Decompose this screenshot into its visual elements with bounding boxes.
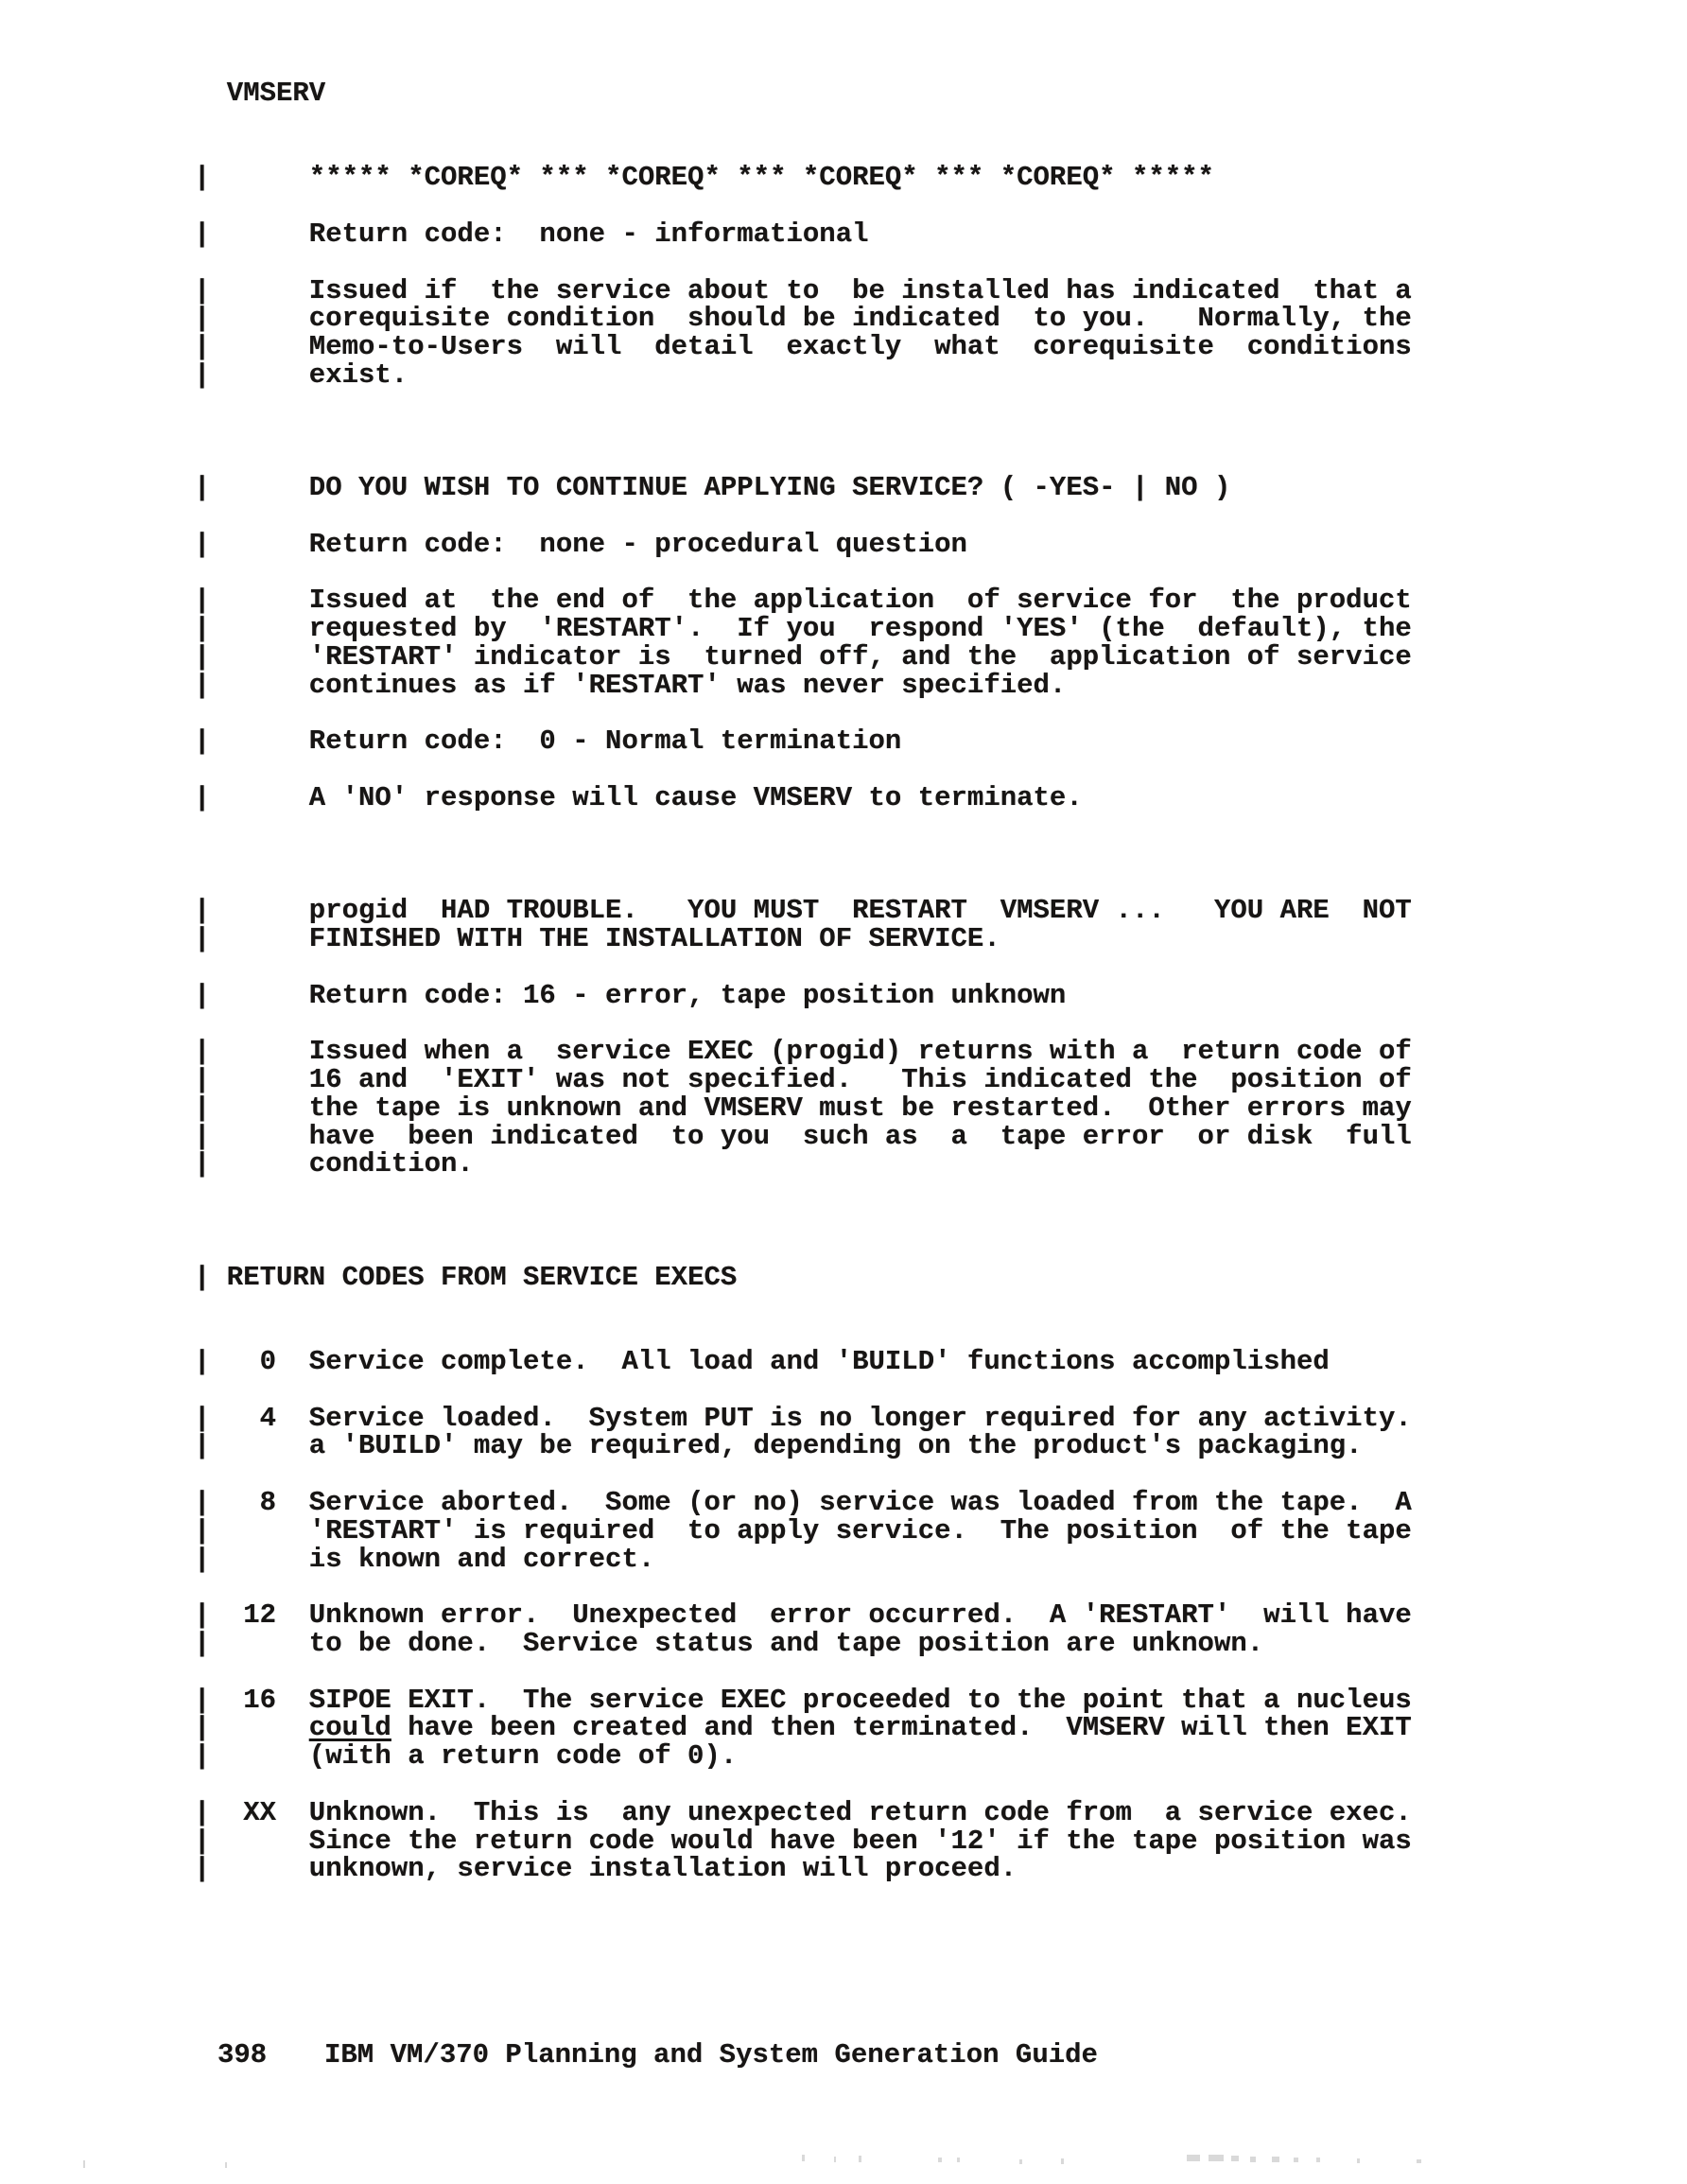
change-bar: | <box>194 1264 210 1292</box>
change-bar: | <box>194 277 210 306</box>
line-text: 4 Service loaded. System PUT is no longe… <box>260 1405 1412 1433</box>
change-bar: | <box>194 333 210 361</box>
change-bar: | <box>194 1799 210 1827</box>
change-bar: | <box>194 1630 210 1658</box>
line-text: requested by 'RESTART'. If you respond '… <box>309 615 1412 643</box>
line-text: RETURN CODES FROM SERVICE EXECS <box>227 1264 738 1292</box>
line-text: DO YOU WISH TO CONTINUE APPLYING SERVICE… <box>309 474 1231 502</box>
line-text: Issued if the service about to be instal… <box>309 277 1412 306</box>
change-bar: | <box>194 1150 210 1179</box>
line-text: Return code: 16 - error, tape position u… <box>309 982 1067 1010</box>
line-text: Return code: none - informational <box>309 220 869 249</box>
change-bar: | <box>194 1714 210 1742</box>
change-bar: | <box>194 1405 210 1433</box>
line-text: Return code: none - procedural question <box>309 531 967 559</box>
change-bar: | <box>194 1489 210 1517</box>
change-bar: | <box>194 1348 210 1376</box>
line-text: exist. <box>309 361 408 390</box>
page-number: 398 <box>217 2041 267 2070</box>
change-bar: | <box>194 361 210 390</box>
change-bar: | <box>194 615 210 643</box>
line-text: 12 Unknown error. Unexpected error occur… <box>243 1601 1412 1630</box>
line-text: Issued at the end of the application of … <box>309 586 1412 615</box>
line-text: a 'BUILD' may be required, depending on … <box>309 1432 1363 1460</box>
change-bar: | <box>194 305 210 333</box>
line-text: could have been created and then termina… <box>309 1714 1412 1742</box>
line-text: progid HAD TROUBLE. YOU MUST RESTART VMS… <box>309 897 1412 925</box>
change-bar: | <box>194 643 210 672</box>
line-text: 16 SIPOE EXIT. The service EXEC proceede… <box>243 1686 1412 1715</box>
line-text: XX Unknown. This is any unexpected retur… <box>243 1799 1412 1827</box>
change-bar: | <box>194 1066 210 1094</box>
page-footer: 398 IBM VM/370 Planning and System Gener… <box>0 2041 1687 2070</box>
change-bar: | <box>194 1827 210 1856</box>
change-bar: | <box>194 220 210 249</box>
change-bar: | <box>194 1742 210 1771</box>
line-text: to be done. Service status and tape posi… <box>309 1630 1263 1658</box>
change-bar: | <box>194 1855 210 1883</box>
change-bar: | <box>194 531 210 559</box>
change-bar: | <box>194 925 210 953</box>
change-bar: | <box>194 1094 210 1123</box>
line-text: Return code: 0 - Normal termination <box>309 727 902 756</box>
change-bar: | <box>194 164 210 192</box>
line-text: have been indicated to you such as a tap… <box>309 1123 1412 1151</box>
line-text: condition. <box>309 1150 474 1179</box>
change-bar: | <box>194 474 210 502</box>
manual-page: VMSERV|***** *COREQ* *** *COREQ* *** *CO… <box>0 0 1687 2184</box>
line-text: ***** *COREQ* *** *COREQ* *** *COREQ* **… <box>309 164 1214 192</box>
change-bar: | <box>194 897 210 925</box>
change-bar: | <box>194 1038 210 1066</box>
line-text: 'RESTART' indicator is turned off, and t… <box>309 643 1412 672</box>
change-bar: | <box>194 1686 210 1715</box>
line-text: the tape is unknown and VMSERV must be r… <box>309 1094 1412 1123</box>
change-bar: | <box>194 784 210 812</box>
line-text: Memo-to-Users will detail exactly what c… <box>309 333 1412 361</box>
line-text: Issued when a service EXEC (progid) retu… <box>309 1038 1412 1066</box>
change-bar: | <box>194 586 210 615</box>
line-text: corequisite condition should be indicate… <box>309 305 1412 333</box>
line-text: Since the return code would have been '1… <box>309 1827 1412 1856</box>
line-text: is known and correct. <box>309 1546 654 1574</box>
line-text: continues as if 'RESTART' was never spec… <box>309 672 1067 700</box>
line-text: FINISHED WITH THE INSTALLATION OF SERVIC… <box>309 925 1000 953</box>
change-bar: | <box>194 1517 210 1546</box>
line-text: 0 Service complete. All load and 'BUILD'… <box>260 1348 1330 1376</box>
book-title: IBM VM/370 Planning and System Generatio… <box>324 2041 1098 2070</box>
line-text: VMSERV <box>227 79 325 108</box>
line-text: unknown, service installation will proce… <box>309 1855 1017 1883</box>
change-bar: | <box>194 1601 210 1630</box>
line-text: A 'NO' response will cause VMSERV to ter… <box>309 784 1083 812</box>
change-bar: | <box>194 672 210 700</box>
underlined-word: could <box>309 1712 391 1743</box>
scanned-document: { "page": { "background": "#ffffff", "in… <box>0 0 1687 2184</box>
line-text: 'RESTART' is required to apply service. … <box>309 1517 1412 1546</box>
line-text: (with a return code of 0). <box>309 1742 737 1771</box>
change-bar: | <box>194 1432 210 1460</box>
line-text: 8 Service aborted. Some (or no) service … <box>260 1489 1412 1517</box>
line-text: 16 and 'EXIT' was not specified. This in… <box>309 1066 1412 1094</box>
change-bar: | <box>194 1546 210 1574</box>
change-bar: | <box>194 982 210 1010</box>
change-bar: | <box>194 1123 210 1151</box>
change-bar: | <box>194 727 210 756</box>
